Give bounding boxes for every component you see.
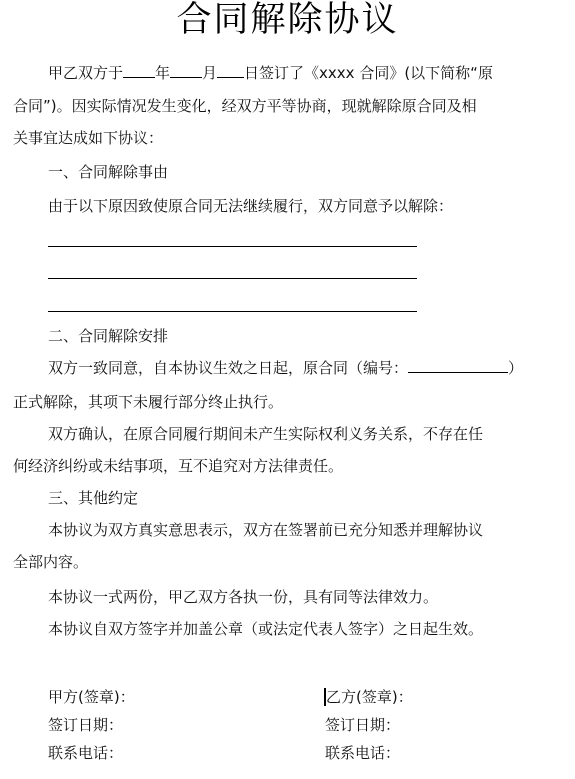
month-label: 月: [202, 64, 217, 82]
section1-heading: 一、合同解除事由: [48, 162, 168, 182]
section3-heading: 三、其他约定: [48, 488, 138, 508]
section2-p2-line2: 何经济纠纷或未结事项，互不追究对方法律责任。: [13, 456, 343, 476]
section2-p1-line1: 双方一致同意，自本协议生效之日起，原合同（编号：）: [48, 358, 523, 378]
party-b-sign: 乙方(签章)：: [326, 687, 413, 707]
year-blank[interactable]: [123, 63, 155, 78]
intro-line-1: 甲乙双方于年月日签订了《xxxx 合同》(以下简称“原: [48, 63, 493, 83]
intro-line-3: 关事宜达成如下协议：: [13, 128, 163, 148]
section3-p3: 本协议自双方签字并加盖公章（或法定代表人签字）之日起生效。: [48, 619, 483, 639]
day-label: 日签订了《xxxx 合同》(以下简称“原: [244, 64, 493, 82]
reason-blank-line-3[interactable]: [48, 311, 417, 312]
section2-p1-prefix: 双方一致同意，自本协议生效之日起，原合同（编号：: [48, 359, 408, 377]
party-a-sign: 甲方(签章)：: [48, 687, 135, 707]
intro-prefix: 甲乙双方于: [48, 64, 123, 82]
reason-blank-line-1[interactable]: [48, 246, 417, 247]
section3-p1-line1: 本协议为双方真实意思表示，双方在签署前已充分知悉并理解协议: [48, 520, 483, 540]
party-a-phone: 联系电话：: [48, 743, 123, 763]
section3-p1-line2: 全部内容。: [13, 552, 88, 572]
contract-number-blank[interactable]: [408, 358, 508, 373]
day-blank[interactable]: [217, 63, 244, 78]
party-b-date: 签订日期：: [325, 715, 400, 735]
year-label: 年: [155, 64, 170, 82]
section2-p1-line2: 正式解除，其项下未履行部分终止执行。: [13, 392, 283, 412]
section2-heading: 二、合同解除安排: [48, 326, 168, 346]
section2-p1-suffix: ）: [508, 359, 523, 377]
month-blank[interactable]: [170, 63, 202, 78]
section3-p2: 本协议一式两份，甲乙双方各执一份，具有同等法律效力。: [48, 587, 438, 607]
reason-blank-line-2[interactable]: [48, 278, 417, 279]
document-title: 合同解除协议: [0, 0, 575, 40]
section2-p2-line1: 双方确认，在原合同履行期间未产生实际权利义务关系，不存在任: [48, 424, 483, 444]
section1-text: 由于以下原因致使原合同无法继续履行，双方同意予以解除：: [48, 196, 453, 216]
party-a-date: 签订日期：: [48, 715, 123, 735]
intro-line-2: 合同”)。因实际情况发生变化，经双方平等协商，现就解除原合同及相: [13, 96, 477, 116]
party-b-phone: 联系电话：: [325, 743, 400, 763]
